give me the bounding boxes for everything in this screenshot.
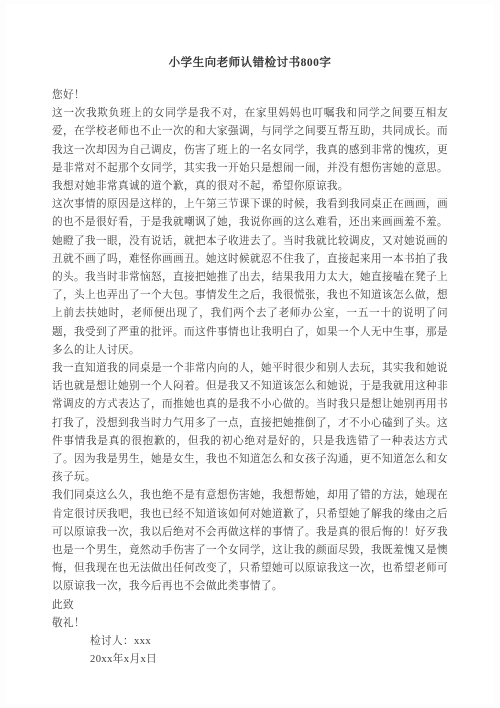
signer-line: 检讨人：xxx [90,633,448,651]
document-page: 小学生向老师认错检讨书800字 您好！ 这一次我欺负班上的女同学是我不对，在家里… [6,4,494,704]
closing-jingli: 敬礼！ [52,615,448,633]
paragraph-4: 我们同桌这么久，我也绝不是有意想伤害她，我想帮她，却用了错的方法，她现在肯定很讨… [52,487,448,596]
signature-block: 检讨人：xxx 20xx年x月x日 [52,633,448,669]
document-title: 小学生向老师认错检讨书800字 [52,54,448,72]
date-line: 20xx年x月x日 [90,651,448,669]
paragraph-1: 这一次我欺负班上的女同学是我不对，在家里妈妈也叮嘱我和同学之间要互相友爱，在学校… [52,105,448,196]
paragraph-3: 我一直知道我的同桌是一个非常内向的人，她平时很少和别人去玩，其实我和她说话也就是… [52,360,448,487]
paragraph-2: 这次事情的原因是这样的，上午第三节课下课的时候，我看到我同桌正在画画，画的也不是… [52,196,448,360]
salutation-line: 您好！ [52,87,448,105]
screenshot-viewport: 小学生向老师认错检讨书800字 您好！ 这一次我欺负班上的女同学是我不对，在家里… [0,0,500,708]
closing-cizhi: 此致 [52,597,448,615]
